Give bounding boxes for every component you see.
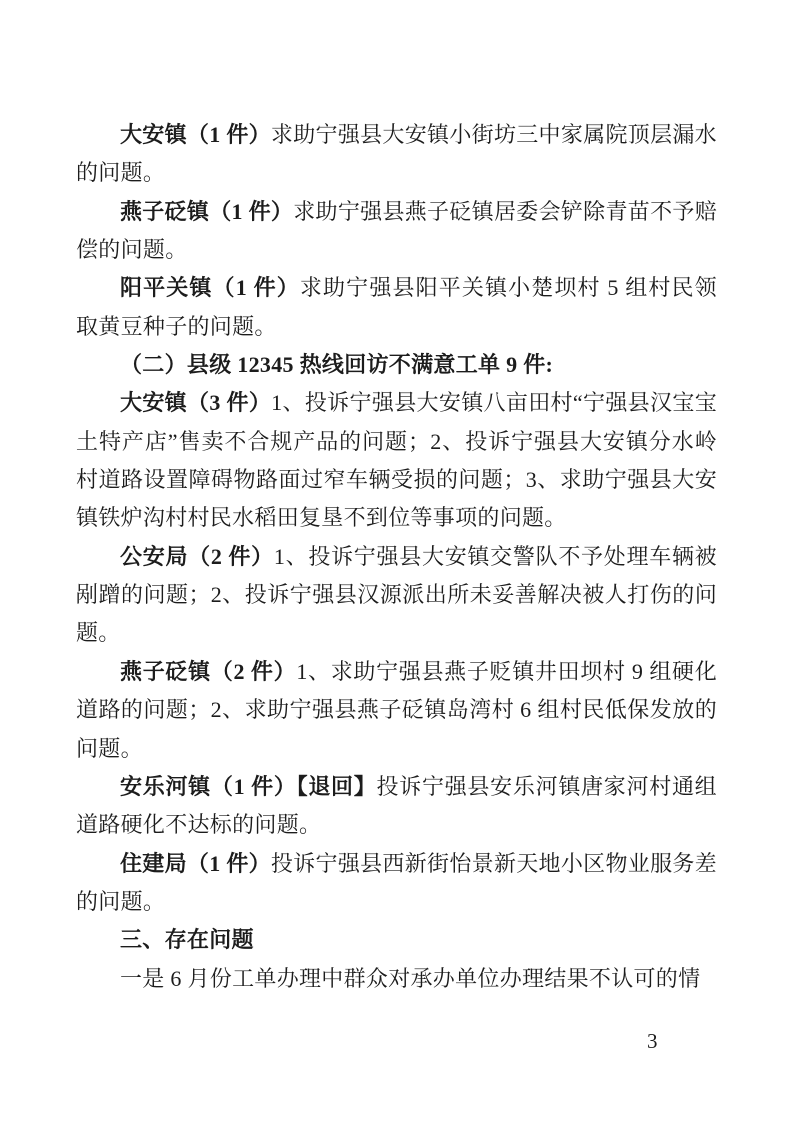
section-heading-level1: 三、存在问题 [76, 921, 717, 959]
section-heading-level2: （二）县级 12345 热线回访不满意工单 9 件: [76, 346, 717, 384]
page-number: 3 [647, 1026, 658, 1056]
paragraph: 安乐河镇（1 件）【退回】投诉宁强县安乐河镇唐家河村通组道路硬化不达标的问题。 [76, 768, 717, 845]
document-page: 大安镇（1 件）求助宁强县大安镇小街坊三中家属院顶层漏水的问题。 燕子砭镇（1 … [0, 0, 793, 1122]
paragraph-lead: 阳平关镇（1 件） [120, 275, 300, 300]
paragraph: 公安局（2 件）1、投诉宁强县大安镇交警队不予处理车辆被剐蹭的问题；2、投诉宁强… [76, 538, 717, 653]
document-content: 大安镇（1 件）求助宁强县大安镇小街坊三中家属院顶层漏水的问题。 燕子砭镇（1 … [76, 116, 717, 998]
paragraph-body: 一是 6 月份工单办理中群众对承办单位办理结果不认可的情 [120, 966, 700, 991]
paragraph: 住建局（1 件）投诉宁强县西新街怡景新天地小区物业服务差的问题。 [76, 845, 717, 922]
paragraph: 一是 6 月份工单办理中群众对承办单位办理结果不认可的情 [76, 960, 717, 998]
paragraph-lead: 安乐河镇（1 件）【退回】 [120, 774, 377, 799]
paragraph-lead: 住建局（1 件） [120, 851, 271, 876]
paragraph: 大安镇（3 件）1、投诉宁强县大安镇八亩田村“宁强县汉宝宝土特产店”售卖不合规产… [76, 384, 717, 537]
paragraph: 阳平关镇（1 件）求助宁强县阳平关镇小楚坝村 5 组村民领取黄豆种子的问题。 [76, 269, 717, 346]
paragraph: 燕子砭镇（2 件）1、求助宁强县燕子贬镇井田坝村 9 组硬化道路的问题；2、求助… [76, 653, 717, 768]
paragraph: 大安镇（1 件）求助宁强县大安镇小街坊三中家属院顶层漏水的问题。 [76, 116, 717, 193]
paragraph-lead: 大安镇（3 件） [120, 390, 271, 415]
paragraph-lead: 燕子砭镇（1 件） [120, 199, 293, 224]
paragraph-lead: 公安局（2 件） [120, 544, 274, 569]
paragraph-lead: 燕子砭镇（2 件） [120, 659, 296, 684]
paragraph: 燕子砭镇（1 件）求助宁强县燕子砭镇居委会铲除青苗不予赔偿的问题。 [76, 193, 717, 270]
paragraph-lead: 大安镇（1 件） [120, 122, 271, 147]
